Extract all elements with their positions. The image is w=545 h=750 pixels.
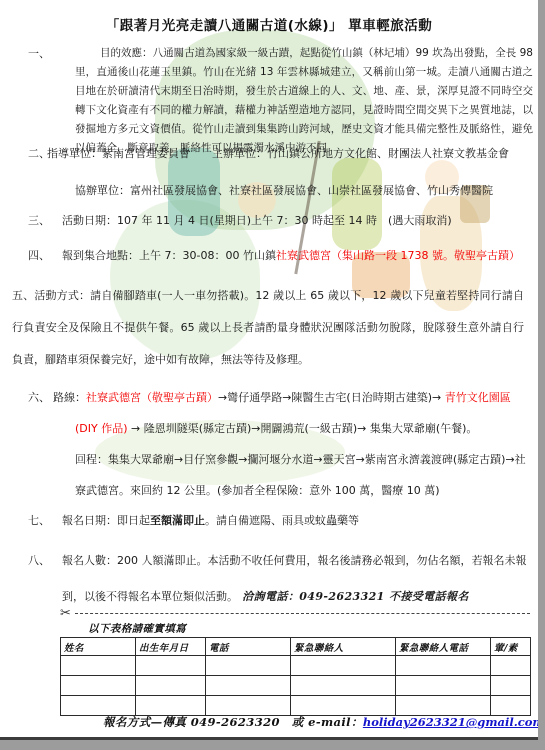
section-meeting-point: 四、 報到集合地點：上午 7：30-08：00 竹山鎮社寮武德宮（集山路一段 1… [0, 246, 538, 266]
table-header-row: 姓名 出生年月日 電話 緊急聯絡人 緊急聯絡人電話 葷/素 [61, 638, 531, 656]
form-instruction-note: 以下表格請確實填寫 [88, 621, 538, 636]
activity-method-text: 五、活動方式：請自備腳踏車(一人一車勿搭載)。12 歲以上 65 歲以下，12 … [12, 280, 524, 376]
table-row [61, 676, 531, 696]
event-date-text: 活動日期：107 年 11 月 4 日(星期日)上午 7：30 時起至 14 時… [62, 211, 530, 231]
section-label: 八、 [28, 543, 50, 579]
page-bottom-edge [0, 737, 538, 740]
route-outbound-text: 路線：社寮武德宮（敬聖亭古蹟）→彎仔通學路→陳醫生古宅(日治時期古建築)→ 青竹… [75, 382, 531, 444]
registration-count-text: 報名人數：200 人額滿即止。本活動不收任何費用，報名後請務必報到，勿佔名額，若… [62, 543, 532, 615]
col-diet: 葷/素 [491, 638, 531, 656]
section-activity-method: 五、活動方式：請自備腳踏車(一人一車勿搭載)。12 歲以上 65 歲以下，12 … [0, 280, 538, 376]
fax-and-email[interactable]: 報名方式—傳真 049-2623320 或 e-mail：holiday2623… [103, 715, 538, 729]
registration-period-text: 報名日期：即日起至額滿即止。請自備遮陽、雨具或蚊蟲藥等 [62, 511, 530, 531]
route-return-text: 回程：集集大眾爺廟→目仔窯參觀→攔河堰分水道→靈天宮→紫南宮永濟義渡碑(縣定古蹟… [75, 444, 531, 506]
section-label: 七、 [28, 511, 50, 531]
section-label: 二、 [28, 144, 50, 164]
section-purpose: 一、 目的效應：八通關古道為國家級一級古蹟，起點從竹山鎮（林圮埔）99 坎為出發… [0, 44, 538, 158]
registration-table: 姓名 出生年月日 電話 緊急聯絡人 緊急聯絡人電話 葷/素 [60, 637, 531, 716]
page-title: 「跟著月光亮走讀八通關古道(水線)」 單車輕旅活動 [0, 14, 538, 34]
section-label: 一、 [28, 44, 50, 64]
col-emergency-contact: 緊急聯絡人 [291, 638, 396, 656]
section-date: 三、 活動日期：107 年 11 月 4 日(星期日)上午 7：30 時起至 1… [0, 211, 538, 231]
section-purpose-text: 目的效應：八通關古道為國家級一級古蹟，起點從竹山鎮（林圮埔）99 坎為出發點，全… [75, 44, 533, 158]
col-birthdate: 出生年月日 [136, 638, 206, 656]
cut-line: ✂ [60, 607, 530, 620]
dashed-cut-line [75, 613, 530, 614]
document-page: 「跟著月光亮走讀八通關古道(水線)」 單車輕旅活動 一、 目的效應：八通關古道為… [0, 0, 538, 737]
section-organizers: 二、 指導單位：紫南宮管理委員會 主辦單位：竹山鎮公所地方文化館、財團法人社寮文… [0, 144, 538, 201]
col-phone: 電話 [206, 638, 291, 656]
table-row [61, 656, 531, 676]
section-label: 四、 [28, 246, 50, 266]
co-organizer-line: 協辦單位：富州社區發展協會、社寮社區發展協會、山崇社區發展協會、竹山秀傳醫院 [75, 181, 530, 201]
section-label: 三、 [28, 211, 50, 231]
col-emergency-phone: 緊急聯絡人電話 [396, 638, 491, 656]
organizer-line: 指導單位：紫南宮管理委員會 主辦單位：竹山鎮公所地方文化館、財團法人社寮文教基金… [47, 144, 527, 164]
section-registration-period: 七、 報名日期：即日起至額滿即止。請自備遮陽、雨具或蚊蟲藥等 [0, 511, 538, 531]
col-name: 姓名 [61, 638, 136, 656]
scissors-icon: ✂ [60, 607, 71, 620]
table-row [61, 696, 531, 716]
section-label: 六、 [28, 382, 50, 413]
section-registration-count: 八、 報名人數：200 人額滿即止。本活動不收任何費用，報名後請務必報到，勿佔名… [0, 543, 538, 615]
section-route: 六、 路線：社寮武德宮（敬聖亭古蹟）→彎仔通學路→陳醫生古宅(日治時期古建築)→… [0, 382, 538, 506]
section-label: 五、 [12, 289, 34, 302]
submission-contact-line: 報名方式—傳真 049-2623320 或 e-mail：holiday2623… [103, 714, 538, 730]
meeting-point-text: 報到集合地點：上午 7：30-08：00 竹山鎮社寮武德宮（集山路一段 1738… [62, 246, 530, 266]
